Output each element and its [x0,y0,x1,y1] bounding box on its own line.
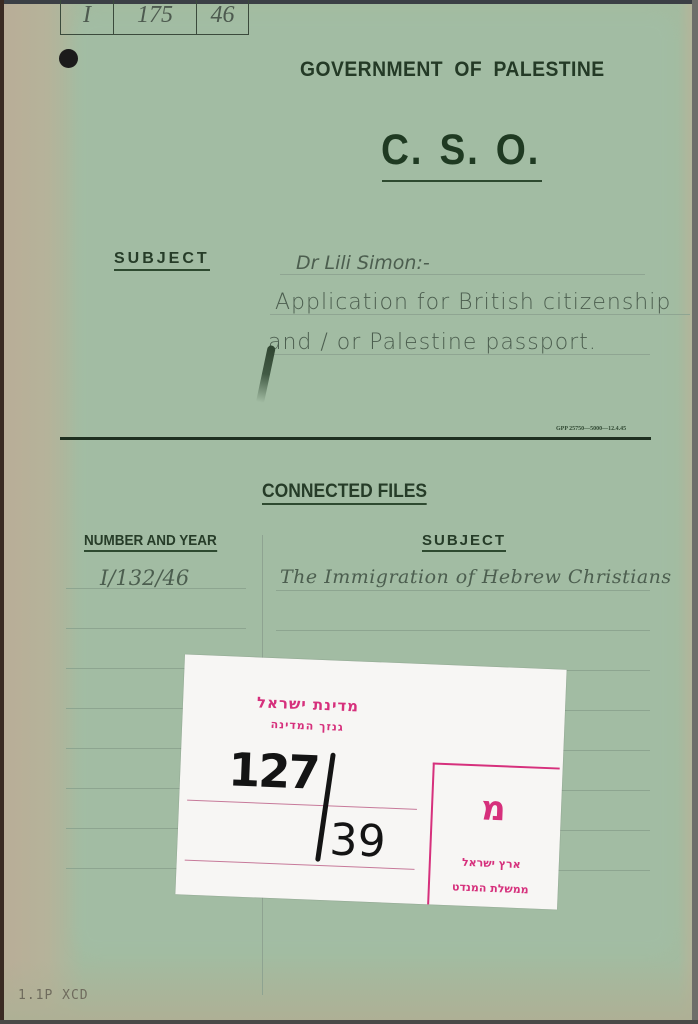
subject-label: SUBJECT [114,250,210,271]
column-header-number-year: NUMBER AND YEAR [84,532,217,552]
punch-hole [59,49,78,68]
stamp-box-letter: מ [430,786,557,831]
stamp-state-name: מדינת ישראל [183,690,434,718]
title-underline [382,180,542,182]
table-rule [66,628,246,629]
paper-stain-bottom [4,960,692,1020]
paper-stain-right [678,4,692,1020]
file-reference-box: I 175 46 [60,0,249,35]
file-reference-cell: 175 [114,0,197,34]
file-reference-cell: 46 [197,0,248,34]
subject-line-name: Dr Lili Simon:- [296,252,430,274]
file-reference-cell: I [61,0,114,34]
bottom-edge [0,1020,698,1024]
stamp-number-top: 127 [227,742,319,800]
connected-file-number: I/132/46 [100,566,189,590]
section-divider [60,437,651,440]
stamp-archive-name: גנזך המדינה [182,714,432,737]
footer-stamp-mark: 1.1P XCD [18,988,89,1003]
subject-line-application: Application for British citizenship [275,290,671,315]
table-rule [276,630,650,631]
column-header-subject: SUBJECT [422,532,506,552]
connected-files-title: CONNECTED FILES [262,481,427,505]
subject-line-passport: and / or Palestine passport. [268,330,597,355]
right-edge [692,0,698,1024]
writing-line [280,274,645,275]
archive-label-sticker: מדינת ישראל גנזך המדינה 127 39 מ ארץ ישר… [175,654,566,909]
department-title: C. S. O. [381,126,540,175]
left-edge [0,0,4,1024]
connected-file-subject: The Immigration of Hebrew Christians [280,566,672,588]
stamp-rule [187,800,417,810]
stamp-number-bottom: 39 [329,814,387,867]
table-rule [276,590,650,591]
government-heading: GOVERNMENT OF PALESTINE [300,58,605,82]
print-code: GPP 25750—5000—12.4.45 [556,426,626,432]
